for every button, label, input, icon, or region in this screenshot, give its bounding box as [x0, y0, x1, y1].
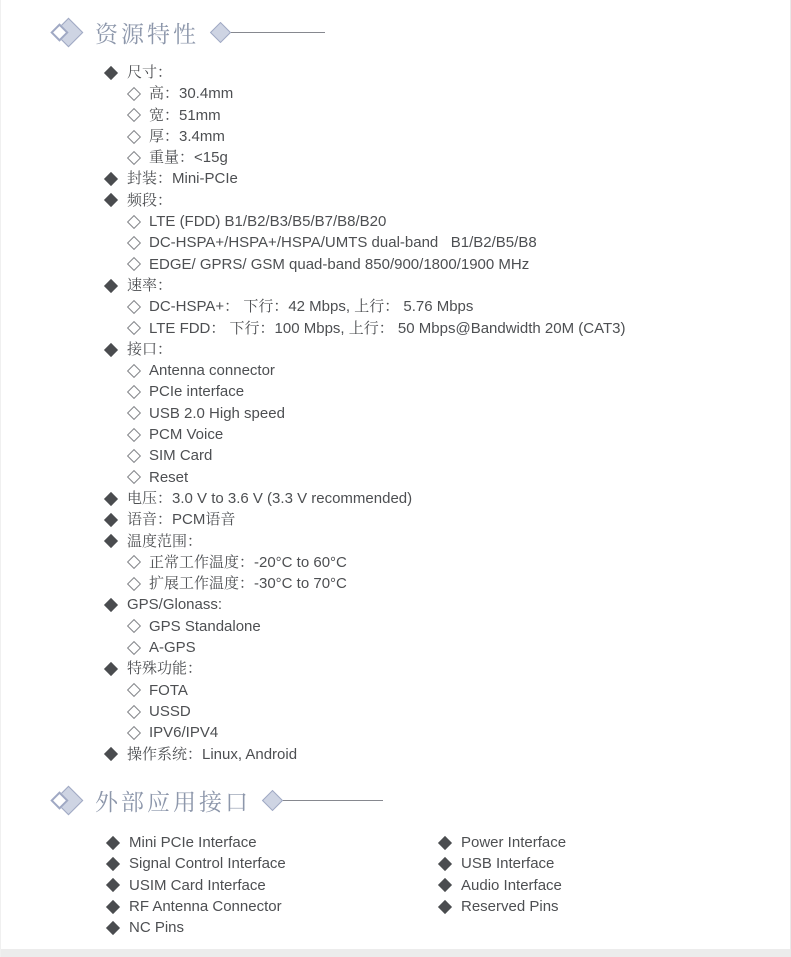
item-label: A-GPS: [149, 637, 196, 658]
spec-item: USIM Card Interface: [106, 875, 286, 896]
filled-diamond-bullet-icon: [438, 899, 452, 913]
item-label: 封装：Mini-PCIe: [127, 168, 238, 189]
header-rule-line: [225, 32, 325, 33]
section-header-external-interfaces: 外部应用接口: [53, 783, 383, 817]
hollow-diamond-bullet-icon: [127, 364, 141, 378]
hollow-diamond-bullet-icon: [127, 555, 141, 569]
hollow-diamond-bullet-icon: [127, 406, 141, 420]
spec-subitem: 厚：3.4mm: [127, 126, 625, 147]
spec-subitem: PCIe interface: [127, 381, 625, 402]
spec-item: 封装：Mini-PCIe: [104, 168, 625, 189]
hollow-diamond-bullet-icon: [127, 300, 141, 314]
item-label: 接口：: [127, 339, 172, 360]
item-label: 重量：<15g: [149, 147, 228, 168]
item-label: 厚：3.4mm: [149, 126, 225, 147]
spec-subitem: 重量：<15g: [127, 147, 625, 168]
filled-diamond-bullet-icon: [104, 492, 118, 506]
item-label: NC Pins: [129, 917, 184, 938]
spec-item: 频段：: [104, 190, 625, 211]
header-rule-line: [277, 800, 383, 801]
filled-diamond-bullet-icon: [104, 598, 118, 612]
item-label: USB 2.0 High speed: [149, 403, 285, 424]
item-label: EDGE/ GPRS/ GSM quad-band 850/900/1800/1…: [149, 254, 529, 275]
spec-subitem: PCM Voice: [127, 424, 625, 445]
hollow-diamond-bullet-icon: [127, 726, 141, 740]
item-label: SIM Card: [149, 445, 212, 466]
filled-diamond-bullet-icon: [106, 921, 120, 935]
item-label: 电压：3.0 V to 3.6 V (3.3 V recommended): [127, 488, 412, 509]
filled-diamond-bullet-icon: [104, 513, 118, 527]
spec-subitem: Reset: [127, 467, 625, 488]
hollow-diamond-bullet-icon: [127, 151, 141, 165]
spec-subitem: 扩展工作温度：-30°C to 70°C: [127, 573, 625, 594]
filled-diamond-bullet-icon: [438, 836, 452, 850]
item-label: 宽：51mm: [149, 105, 221, 126]
item-label: 语音：PCM语音: [127, 509, 235, 530]
spec-item: Power Interface: [438, 832, 566, 853]
hollow-diamond-bullet-icon: [127, 321, 141, 335]
interface-list-right-column: Power InterfaceUSB InterfaceAudio Interf…: [438, 832, 566, 917]
resource-features-list: 尺寸：高：30.4mm宽：51mm厚：3.4mm重量：<15g封装：Mini-P…: [104, 62, 625, 765]
spec-item: USB Interface: [438, 853, 566, 874]
item-label: Reserved Pins: [461, 896, 559, 917]
spec-subitem: USB 2.0 High speed: [127, 403, 625, 424]
item-label: LTE FDD： 下行：100 Mbps, 上行： 50 Mbps@Bandwi…: [149, 318, 625, 339]
filled-diamond-bullet-icon: [106, 878, 120, 892]
spec-item: Reserved Pins: [438, 896, 566, 917]
item-label: USB Interface: [461, 853, 554, 874]
item-label: IPV6/IPV4: [149, 722, 218, 743]
item-label: Antenna connector: [149, 360, 275, 381]
spec-item: 操作系统：Linux, Android: [104, 744, 625, 765]
item-label: 操作系统：Linux, Android: [127, 744, 297, 765]
header-diamond-decoration: [53, 22, 79, 43]
item-label: RF Antenna Connector: [129, 896, 282, 917]
section-title: 外部应用接口: [95, 784, 251, 817]
tail-diamond-icon: [210, 21, 231, 42]
filled-diamond-bullet-icon: [106, 899, 120, 913]
spec-item: GPS/Glonass:: [104, 594, 625, 615]
item-label: LTE (FDD) B1/B2/B3/B5/B7/B8/B20: [149, 211, 386, 232]
item-label: Signal Control Interface: [129, 853, 286, 874]
spec-item: 速率：: [104, 275, 625, 296]
hollow-diamond-bullet-icon: [127, 428, 141, 442]
hollow-diamond-bullet-icon: [127, 704, 141, 718]
filled-diamond-bullet-icon: [104, 662, 118, 676]
item-label: 高：30.4mm: [149, 83, 233, 104]
spec-subitem: A-GPS: [127, 637, 625, 658]
spec-subitem: SIM Card: [127, 445, 625, 466]
item-label: PCM Voice: [149, 424, 223, 445]
item-label: USIM Card Interface: [129, 875, 266, 896]
item-label: FOTA: [149, 680, 188, 701]
spec-item: Mini PCIe Interface: [106, 832, 286, 853]
spec-subitem: EDGE/ GPRS/ GSM quad-band 850/900/1800/1…: [127, 254, 625, 275]
spec-item: Audio Interface: [438, 875, 566, 896]
spec-item: 电压：3.0 V to 3.6 V (3.3 V recommended): [104, 488, 625, 509]
spec-subitem: 正常工作温度：-20°C to 60°C: [127, 552, 625, 573]
section-title: 资源特性: [95, 16, 199, 49]
filled-diamond-bullet-icon: [104, 172, 118, 186]
spec-subitem: DC-HSPA+/HSPA+/HSPA/UMTS dual-band B1/B2…: [127, 232, 625, 253]
item-label: Audio Interface: [461, 875, 562, 896]
hollow-diamond-bullet-icon: [127, 470, 141, 484]
item-label: USSD: [149, 701, 191, 722]
spec-subitem: USSD: [127, 701, 625, 722]
spec-subitem: LTE FDD： 下行：100 Mbps, 上行： 50 Mbps@Bandwi…: [127, 318, 625, 339]
item-label: PCIe interface: [149, 381, 244, 402]
item-label: 尺寸：: [127, 62, 172, 83]
filled-diamond-bullet-icon: [106, 857, 120, 871]
filled-diamond-bullet-icon: [104, 66, 118, 80]
item-label: GPS Standalone: [149, 616, 261, 637]
item-label: DC-HSPA+： 下行：42 Mbps, 上行： 5.76 Mbps: [149, 296, 473, 317]
spec-item: 温度范围：: [104, 531, 625, 552]
spec-subitem: 宽：51mm: [127, 105, 625, 126]
filled-diamond-bullet-icon: [104, 342, 118, 356]
hollow-diamond-bullet-icon: [127, 449, 141, 463]
spec-subitem: GPS Standalone: [127, 616, 625, 637]
hollow-diamond-bullet-icon: [127, 619, 141, 633]
spec-item: 接口：: [104, 339, 625, 360]
interface-list-left-column: Mini PCIe InterfaceSignal Control Interf…: [106, 832, 286, 938]
spec-document-page: 资源特性 尺寸：高：30.4mm宽：51mm厚：3.4mm重量：<15g封装：M…: [0, 0, 791, 957]
filled-diamond-bullet-icon: [104, 747, 118, 761]
item-label: 温度范围：: [127, 531, 202, 552]
spec-subitem: DC-HSPA+： 下行：42 Mbps, 上行： 5.76 Mbps: [127, 296, 625, 317]
hollow-diamond-bullet-icon: [127, 683, 141, 697]
filled-diamond-bullet-icon: [104, 534, 118, 548]
item-label: 速率：: [127, 275, 172, 296]
spec-item: Signal Control Interface: [106, 853, 286, 874]
item-label: Mini PCIe Interface: [129, 832, 257, 853]
hollow-diamond-bullet-icon: [127, 236, 141, 250]
filled-diamond-bullet-icon: [438, 878, 452, 892]
spec-subitem: LTE (FDD) B1/B2/B3/B5/B7/B8/B20: [127, 211, 625, 232]
item-label: DC-HSPA+/HSPA+/HSPA/UMTS dual-band B1/B2…: [149, 232, 537, 253]
header-diamond-decoration: [53, 790, 79, 811]
spec-subitem: IPV6/IPV4: [127, 722, 625, 743]
hollow-diamond-bullet-icon: [127, 87, 141, 101]
item-label: 频段：: [127, 190, 172, 211]
filled-diamond-bullet-icon: [104, 193, 118, 207]
item-label: GPS/Glonass:: [127, 594, 222, 615]
item-label: Power Interface: [461, 832, 566, 853]
section-header-resource-features: 资源特性: [53, 15, 325, 49]
spec-item: 特殊功能：: [104, 658, 625, 679]
hollow-diamond-bullet-icon: [127, 108, 141, 122]
spec-subitem: Antenna connector: [127, 360, 625, 381]
filled-diamond-bullet-icon: [106, 836, 120, 850]
hollow-diamond-bullet-icon: [127, 641, 141, 655]
page-bottom-edge: [1, 949, 790, 957]
hollow-diamond-bullet-icon: [127, 385, 141, 399]
hollow-diamond-bullet-icon: [127, 129, 141, 143]
item-label: Reset: [149, 467, 188, 488]
spec-item: 语音：PCM语音: [104, 509, 625, 530]
spec-item: RF Antenna Connector: [106, 896, 286, 917]
item-label: 正常工作温度：-20°C to 60°C: [149, 552, 347, 573]
spec-item: 尺寸：: [104, 62, 625, 83]
item-label: 扩展工作温度：-30°C to 70°C: [149, 573, 347, 594]
hollow-diamond-bullet-icon: [127, 257, 141, 271]
filled-diamond-bullet-icon: [104, 279, 118, 293]
hollow-diamond-bullet-icon: [127, 215, 141, 229]
filled-diamond-bullet-icon: [438, 857, 452, 871]
hollow-diamond-bullet-icon: [127, 577, 141, 591]
tail-diamond-icon: [262, 789, 283, 810]
spec-subitem: 高：30.4mm: [127, 83, 625, 104]
spec-item: NC Pins: [106, 917, 286, 938]
item-label: 特殊功能：: [127, 658, 202, 679]
spec-subitem: FOTA: [127, 680, 625, 701]
